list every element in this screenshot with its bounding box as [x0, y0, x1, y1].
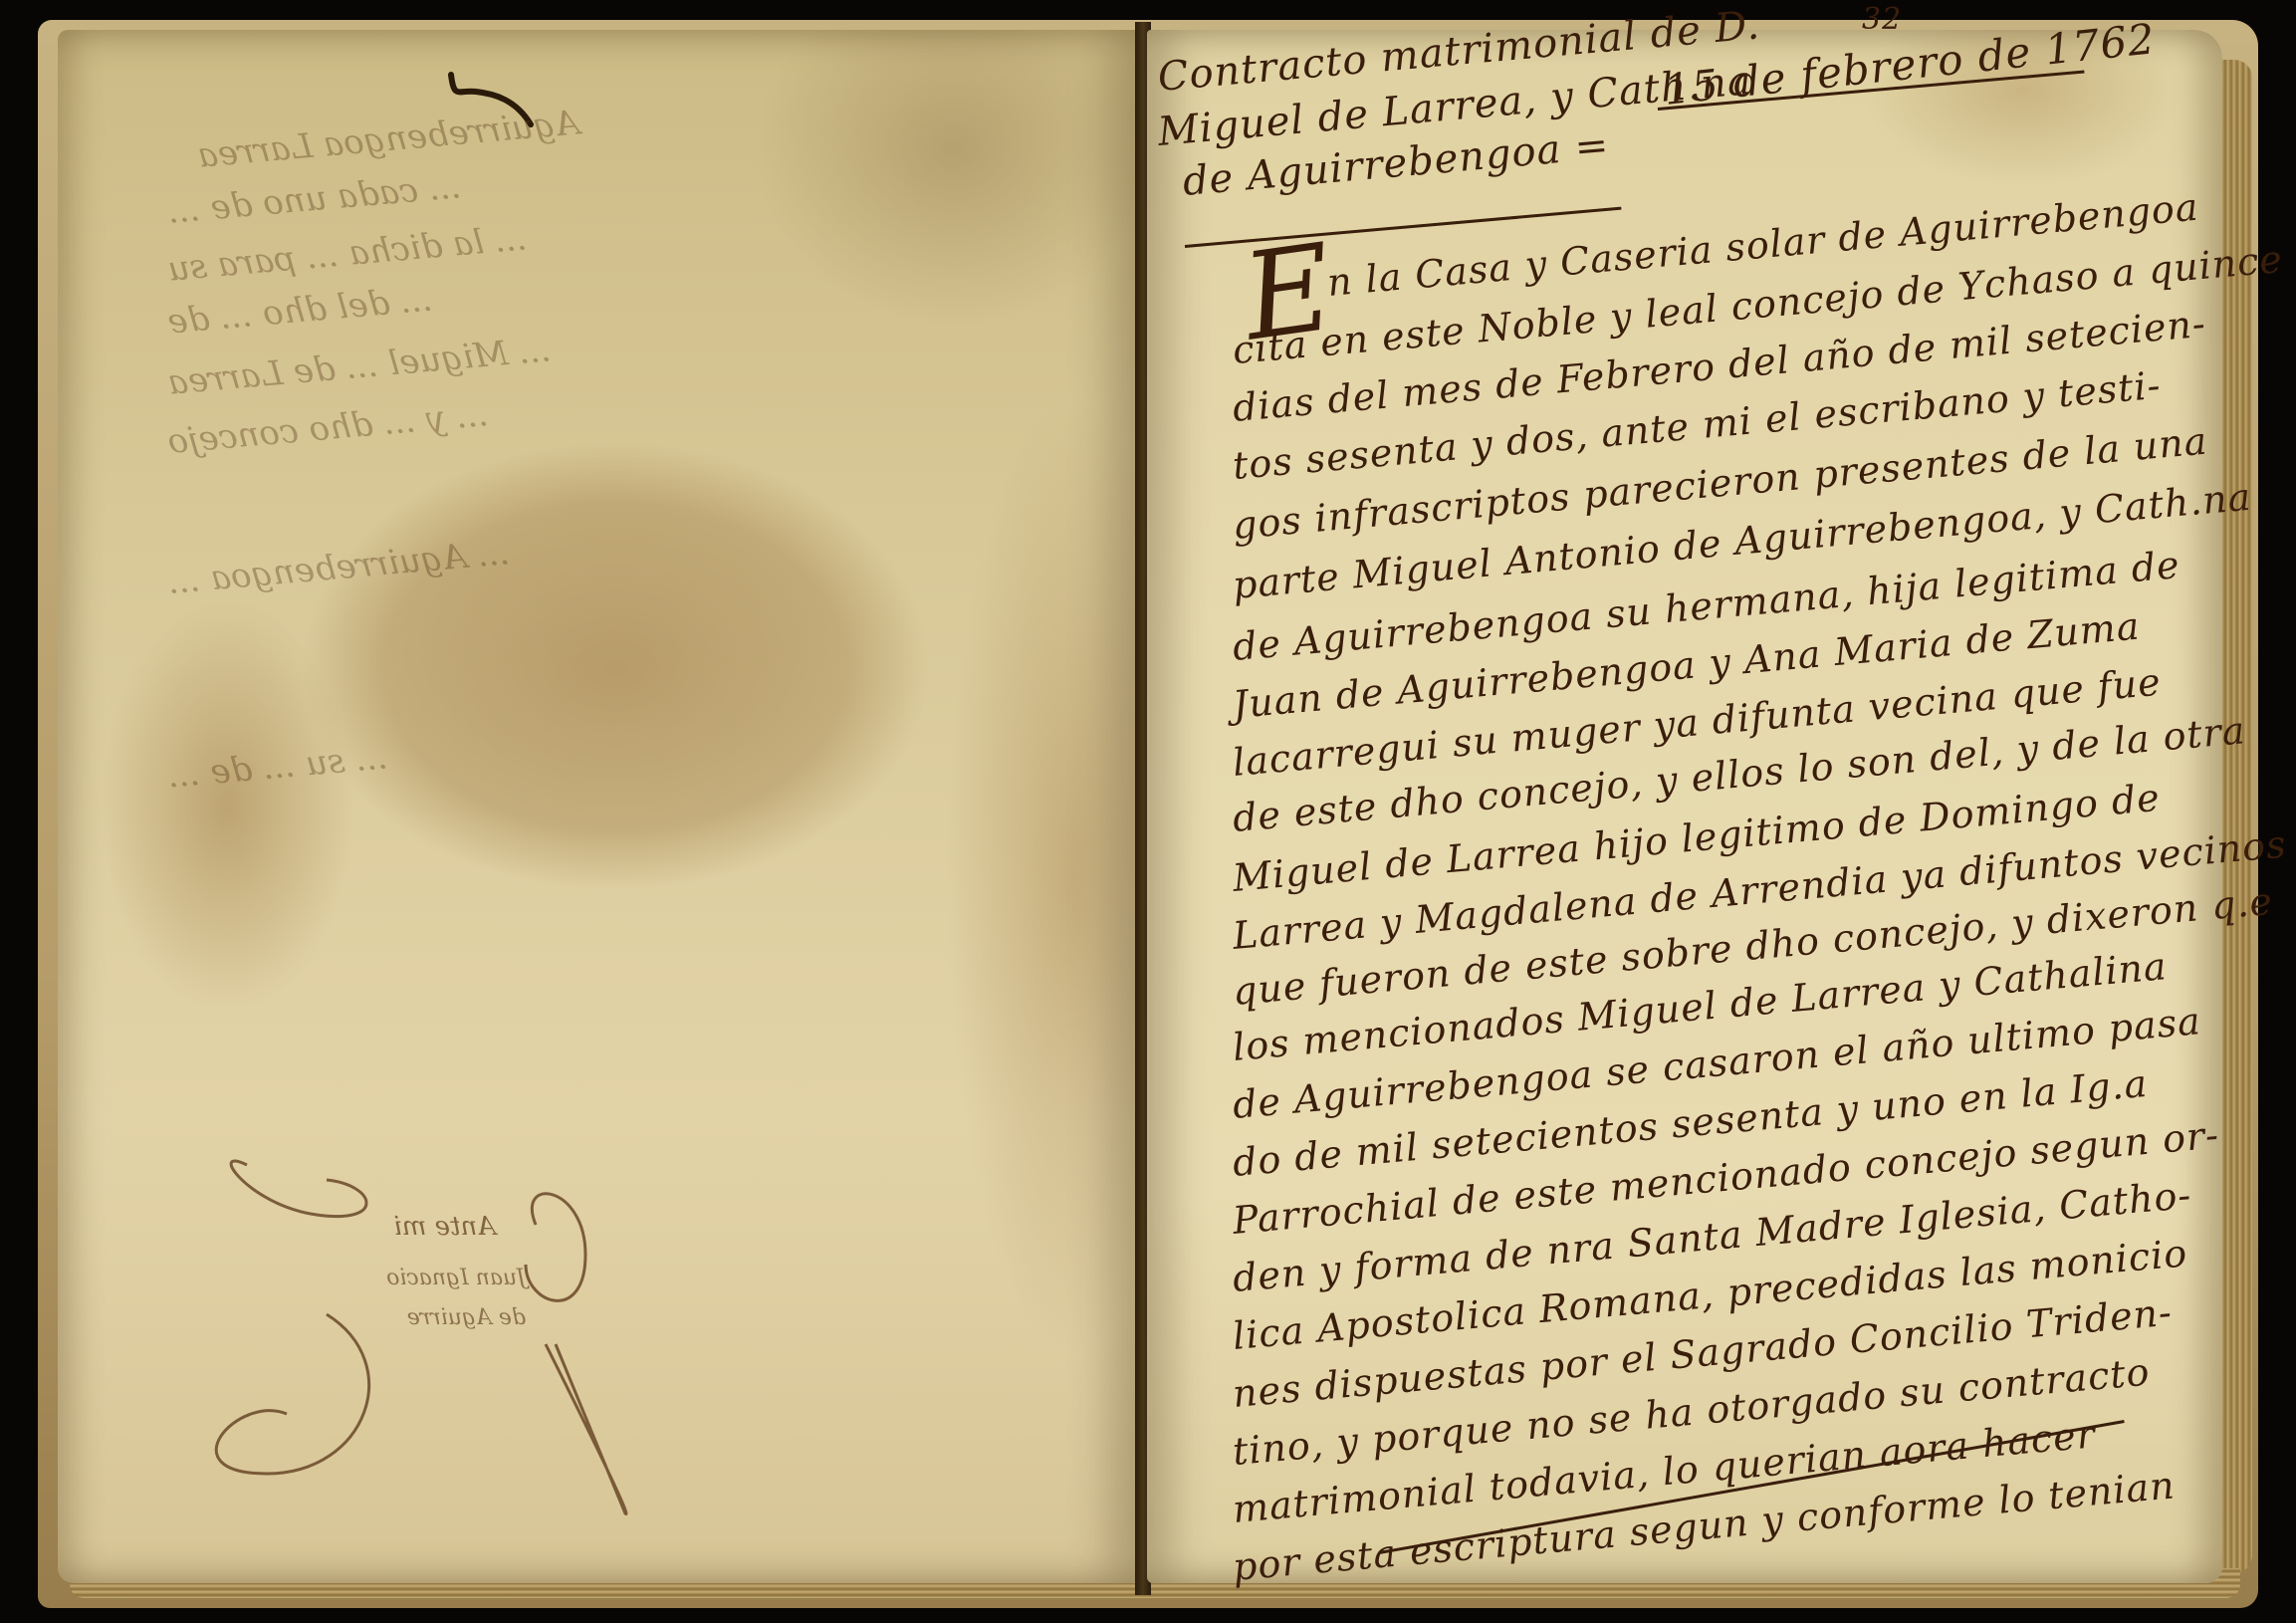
bleed-through-line: ... Miguel ... de Larrea: [166, 330, 553, 402]
bleed-through-line: ... y ... dho concejo: [166, 394, 490, 462]
bleed-through-line: Aguirrebengoa Larrea: [196, 103, 581, 175]
signature-text: Juan Ignacio: [386, 1266, 530, 1290]
bleed-through-line: ... su ... de ...: [166, 737, 389, 796]
bleed-through-line: ... cada uno de ...: [166, 166, 463, 232]
bleed-through-line: ... la dicha ... para su: [166, 218, 529, 289]
signature-text: Ante mi: [393, 1212, 498, 1242]
bleed-through-line: ... del dho ... de: [166, 279, 434, 342]
signature-text: de Aguirre: [407, 1305, 526, 1330]
folio-number: 32: [1862, 2, 1902, 37]
bleed-through-line: ... Aguirrebengoa ...: [166, 533, 512, 602]
left-page: Aguirrebengoa Larrea ... cada uno de ...…: [58, 30, 1138, 1583]
signature-flourish: Ante mi Juan Ignacio de Aguirre: [207, 1145, 725, 1523]
manuscript-scan: Aguirrebengoa Larrea ... cada uno de ...…: [0, 0, 2296, 1623]
